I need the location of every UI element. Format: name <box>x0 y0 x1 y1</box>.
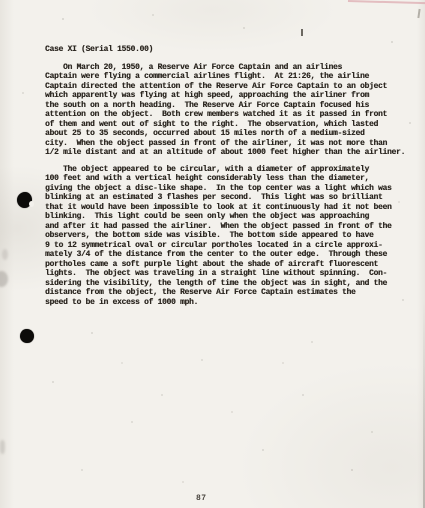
paragraph-observation: On March 20, 1950, a Reserve Air Force C… <box>45 63 417 158</box>
text-line: 1/2 mile distant and at an altitude of a… <box>45 148 417 158</box>
ink-blot-top <box>17 192 32 208</box>
text-line: observers, the bottom side was visible. … <box>45 231 417 241</box>
text-line: portholes came a soft purple light about… <box>45 260 417 270</box>
document-body: Case XI (Serial 1550.00) On March 20, 19… <box>45 45 417 307</box>
text-line: 9 to 12 symmetrical oval or circular por… <box>45 241 417 251</box>
text-line: The object appeared to be circular, with… <box>45 165 417 175</box>
scan-artifact-tick-mark-small <box>417 9 420 18</box>
scan-smudge-half-disc <box>0 271 8 287</box>
text-line: distance from the object, the Reserve Ai… <box>45 288 417 298</box>
text-line: of them and went out of sight to the rig… <box>45 120 417 130</box>
page-number: 87 <box>196 494 207 503</box>
scan-artifact-pink-line <box>348 0 425 4</box>
scan-smudge-curl <box>2 249 8 260</box>
text-line: which apparently was flying at high spee… <box>45 91 417 101</box>
text-line: the south on a north heading. The Reserv… <box>45 101 417 111</box>
text-line: speed to be in excess of 1000 mph. <box>45 298 417 308</box>
text-line: blinking at an estimated 3 flashes per s… <box>45 193 417 203</box>
text-line: Captain directed the attention of the Re… <box>45 82 417 92</box>
text-line: about 25 to 35 seconds, occurred about 1… <box>45 129 417 139</box>
text-line: On March 20, 1950, a Reserve Air Force C… <box>45 63 417 73</box>
scan-artifact-tick-mark <box>301 29 303 36</box>
text-line: blinking. This light could be seen only … <box>45 212 417 222</box>
text-line: sidering the visibility, the length of t… <box>45 279 417 289</box>
paragraph-object-description: The object appeared to be circular, with… <box>45 165 417 308</box>
case-heading: Case XI (Serial 1550.00) <box>45 45 417 55</box>
text-line: 100 feet and with a vertical height cons… <box>45 174 417 184</box>
ink-blot-bottom <box>20 329 34 343</box>
text-line: mately 3/4 of the distance from the cent… <box>45 250 417 260</box>
text-line: city. When the object passed in front of… <box>45 139 417 149</box>
scanned-document-page: Case XI (Serial 1550.00) On March 20, 19… <box>0 0 425 508</box>
text-line: giving the object a disc-like shape. In … <box>45 184 417 194</box>
text-line: attention on the object. Both crew membe… <box>45 110 417 120</box>
text-line: and after it had passed the airliner. Wh… <box>45 222 417 232</box>
text-line: lights. The object was traveling in a st… <box>45 269 417 279</box>
text-line: Captain were flying a commercial airline… <box>45 72 417 82</box>
scan-smudge-bottom-left <box>0 440 5 454</box>
text-line: that it would have been impossible to lo… <box>45 203 417 213</box>
scan-noise-specks <box>0 0 2 2</box>
